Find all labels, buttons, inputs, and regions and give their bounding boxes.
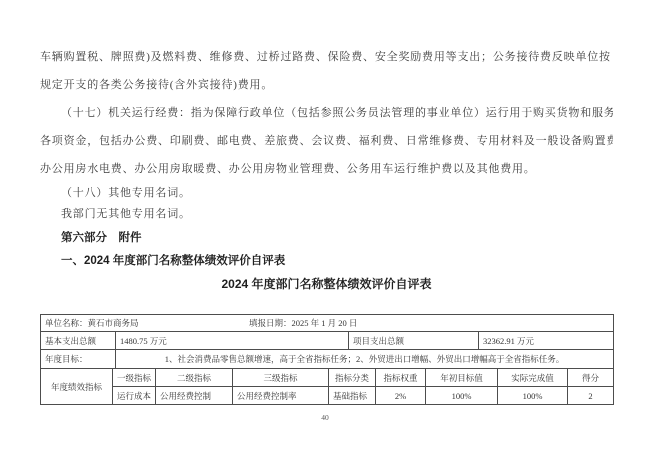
section-heading: 第六部分 附件 (40, 227, 613, 250)
table-title: 2024 年度部门名称整体绩效评价自评表 (40, 273, 613, 296)
value-weight: 2% (376, 387, 426, 405)
value-level3: 公用经费控制率 (233, 387, 329, 405)
body-line-5: 办公用房水电费、办公用房取暖费、办公用房物业管理费、公务用车运行维护费以及其他费… (40, 155, 613, 183)
body-line-1: 车辆购置税、牌照费)及燃料费、维修费、过桥过路费、保险费、安全奖励费用等支出；公… (40, 43, 613, 71)
header-weight: 指标权重 (376, 369, 426, 387)
value-target: 100% (426, 387, 498, 405)
self-eval-table-bottom: 年度绩效指标 一级指标 二级指标 三级指标 指标分类 指标权重 年初目标值 实际… (40, 368, 614, 405)
header-target: 年初目标值 (426, 369, 498, 387)
basic-expense-value: 1480.75 万元 (116, 332, 349, 350)
table-row-indicator-values: 运行成本 公用经费控制 公用经费控制率 基础指标 2% 100% 100% 2 (41, 387, 614, 405)
unit-date-cell: 单位名称：黄石市商务局填报日期：2025 年 1 月 20 日 (41, 315, 614, 332)
value-level2: 公用经费控制 (156, 387, 233, 405)
header-level1: 一级指标 (113, 369, 156, 387)
table-row-expense: 基本支出总额 1480.75 万元 项目支出总额 32362.91 万元 (41, 332, 614, 350)
document-content: 车辆购置税、牌照费)及燃料费、维修费、过桥过路费、保险费、安全奖励费用等支出；公… (40, 43, 613, 405)
header-category: 指标分类 (329, 369, 376, 387)
project-expense-value: 32362.91 万元 (479, 332, 614, 350)
performance-label: 年度绩效指标 (41, 369, 113, 405)
body-line-2: 规定开支的各类公务接待(含外宾接待)费用。 (40, 71, 613, 99)
value-level1: 运行成本 (113, 387, 156, 405)
self-eval-table-top: 单位名称：黄石市商务局填报日期：2025 年 1 月 20 日 基本支出总额 1… (40, 314, 614, 369)
document-page: 车辆购置税、牌照费)及燃料费、维修费、过桥过路费、保险费、安全奖励费用等支出；公… (0, 0, 650, 459)
table-row-annual-goal: 年度目标： 1、社会消费品零售总额增速，高于全省指标任务；2、外贸进出口增幅、外… (41, 350, 614, 369)
value-score: 2 (568, 387, 614, 405)
page-number: 40 (0, 413, 650, 422)
body-line-6: （十八）其他专用名词。 (40, 183, 613, 204)
body-line-4: 各项资金，包括办公费、印刷费、邮电费、差旅费、会议费、福利费、日常维修费、专用材… (40, 127, 613, 155)
header-level2: 二级指标 (156, 369, 233, 387)
basic-expense-label: 基本支出总额 (41, 332, 116, 350)
value-category: 基础指标 (329, 387, 376, 405)
annual-goal-label: 年度目标： (41, 350, 116, 369)
table-row-unit-date: 单位名称：黄石市商务局填报日期：2025 年 1 月 20 日 (41, 315, 614, 332)
project-expense-label: 项目支出总额 (349, 332, 479, 350)
header-level3: 三级指标 (233, 369, 329, 387)
attachment-heading: 一、2024 年度部门名称整体绩效评价自评表 (40, 250, 613, 273)
table-row-indicator-headers: 年度绩效指标 一级指标 二级指标 三级指标 指标分类 指标权重 年初目标值 实际… (41, 369, 614, 387)
body-line-7: 我部门无其他专用名词。 (40, 204, 613, 225)
header-score: 得分 (568, 369, 614, 387)
body-line-3: （十七）机关运行经费：指为保障行政单位（包括参照公务员法管理的事业单位）运行用于… (40, 99, 613, 127)
unit-name: 单位名称：黄石市商务局 (45, 317, 249, 329)
report-date: 填报日期：2025 年 1 月 20 日 (249, 318, 357, 328)
header-actual: 实际完成值 (498, 369, 568, 387)
value-actual: 100% (498, 387, 568, 405)
annual-goal-text: 1、社会消费品零售总额增速，高于全省指标任务；2、外贸进出口增幅、外贸出口增幅高… (116, 350, 614, 369)
